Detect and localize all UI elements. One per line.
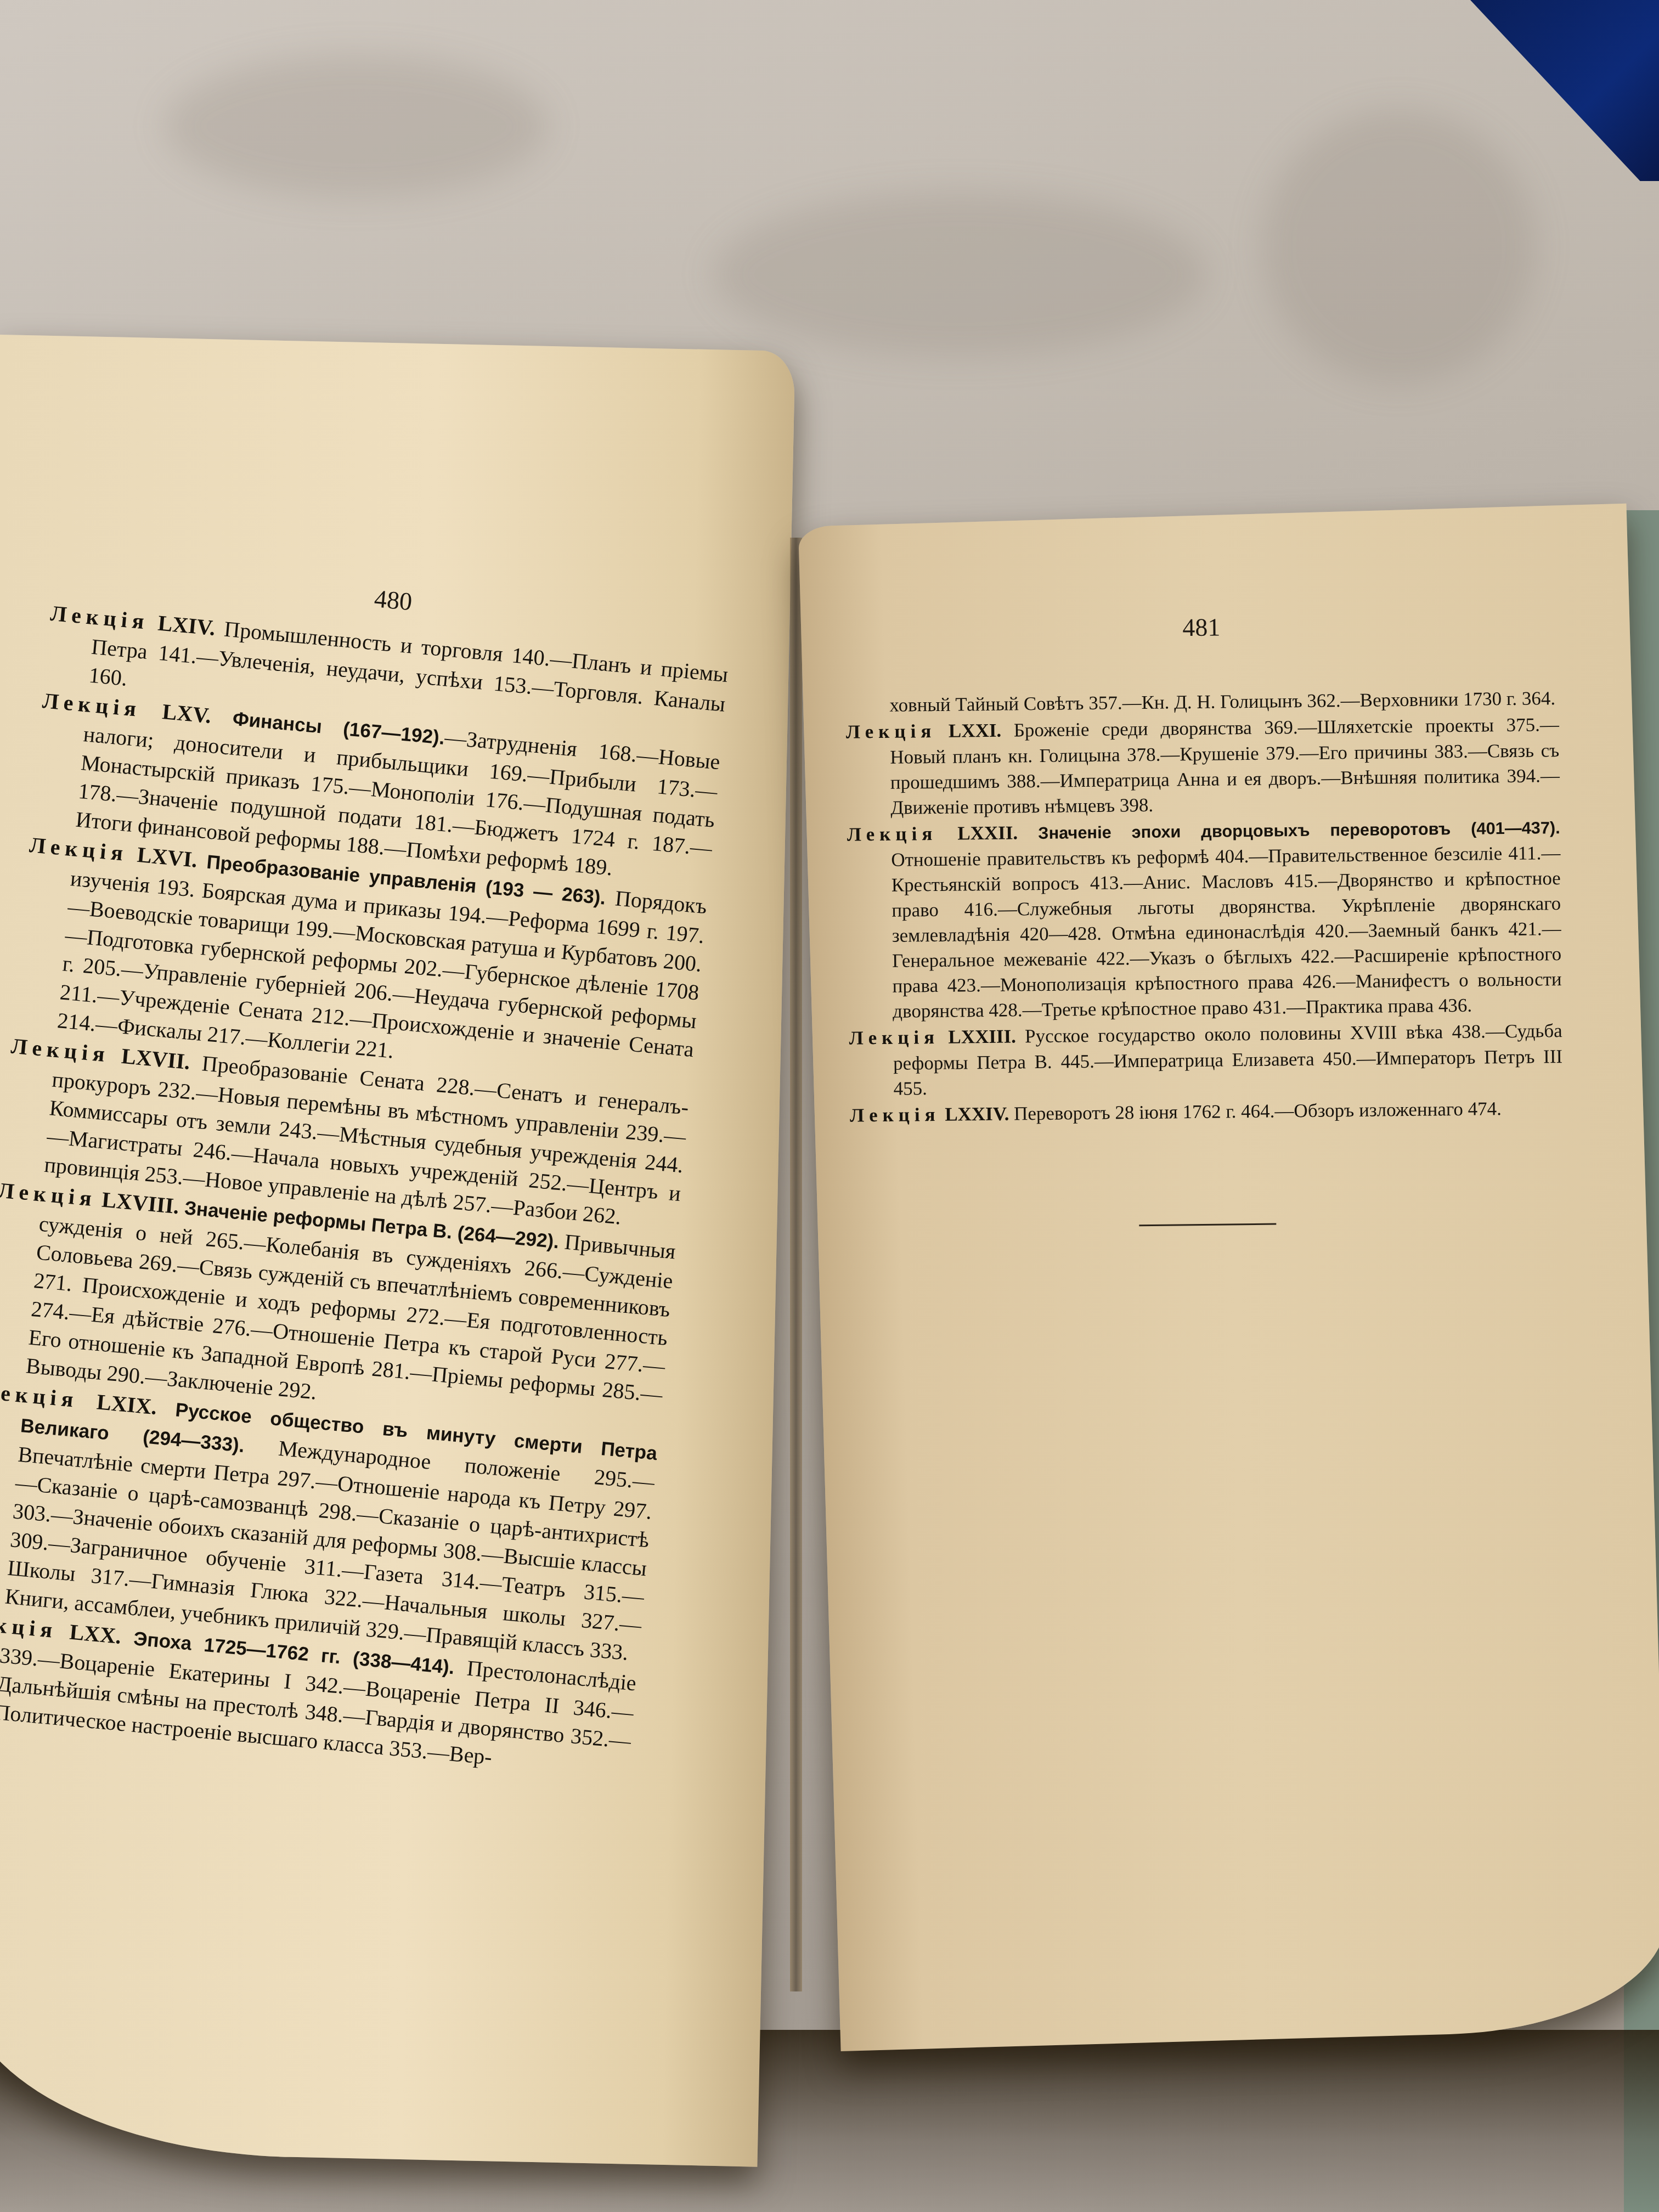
- lecture-number: LXIV.: [157, 611, 217, 640]
- book-gutter: [790, 538, 802, 1991]
- left-page: 480 Лекція LXIV. Промышленность и торгов…: [0, 335, 795, 2167]
- lecture-number: LXXI.: [949, 720, 1002, 742]
- toc-entry: Лекція LXXII. Значеніе эпохи дворцовыхъ …: [847, 815, 1562, 1025]
- marble-stain: [1262, 110, 1536, 384]
- lecture-number: LXXIII.: [948, 1025, 1016, 1047]
- lecture-number: LXV.: [161, 699, 212, 728]
- lecture-number: LXXII.: [957, 822, 1018, 844]
- right-page: 481 ховный Тайный Совѣтъ 357.—Кн. Д. Н. …: [798, 504, 1659, 2051]
- lecture-number: LXX.: [69, 1620, 122, 1649]
- lecture-label: Лекція: [850, 1104, 940, 1126]
- marble-stain: [165, 55, 549, 198]
- lecture-title: Значеніе эпохи дворцовыхъ переворотовъ (…: [1038, 818, 1560, 843]
- left-page-body: 480 Лекція LXIV. Промышленность и торгов…: [0, 555, 733, 1785]
- lecture-contents: ховный Тайный Совѣтъ 357.—Кн. Д. Н. Голи…: [889, 687, 1555, 716]
- lecture-label: Лекція: [846, 720, 936, 743]
- page-number: 481: [845, 611, 1558, 644]
- lecture-contents: Переворотъ 28 іюня 1762 г. 464.—Обзоръ и…: [1014, 1098, 1502, 1124]
- lecture-contents: Отношеніе правительствъ къ реформѣ 404.—…: [891, 842, 1562, 1022]
- toc-entry: Лекція LXXI. Броженіе среди дворянства 3…: [846, 712, 1560, 821]
- right-page-body: 481 ховный Тайный Совѣтъ 357.—Кн. Д. Н. …: [845, 611, 1565, 1229]
- lecture-label: Лекція: [847, 823, 938, 845]
- lecture-number: LXVI.: [136, 842, 199, 872]
- lecture-label: Лекція: [41, 688, 142, 721]
- lecture-number: LXIX.: [95, 1389, 158, 1419]
- lecture-label: Лекція: [49, 601, 150, 634]
- lecture-number: LXVII.: [120, 1043, 191, 1074]
- lecture-contents: Привычныя сужденія о ней 265.—Колебанія …: [25, 1211, 677, 1407]
- lecture-label: Лекція: [0, 1178, 98, 1211]
- end-rule-divider: [1139, 1223, 1276, 1227]
- lecture-label: Лекція: [29, 832, 129, 866]
- lecture-contents: Порядокъ изученія 193. Боярская дума и п…: [57, 866, 708, 1063]
- lecture-number: LXXIV.: [945, 1103, 1009, 1125]
- lecture-number: LXVIII.: [101, 1187, 180, 1219]
- marble-stain: [713, 192, 1207, 357]
- lecture-label: Лекція: [10, 1034, 110, 1067]
- lecture-label: Лекція: [849, 1026, 940, 1049]
- toc-entry: Лекція LXXIII. Русское государство около…: [849, 1018, 1562, 1102]
